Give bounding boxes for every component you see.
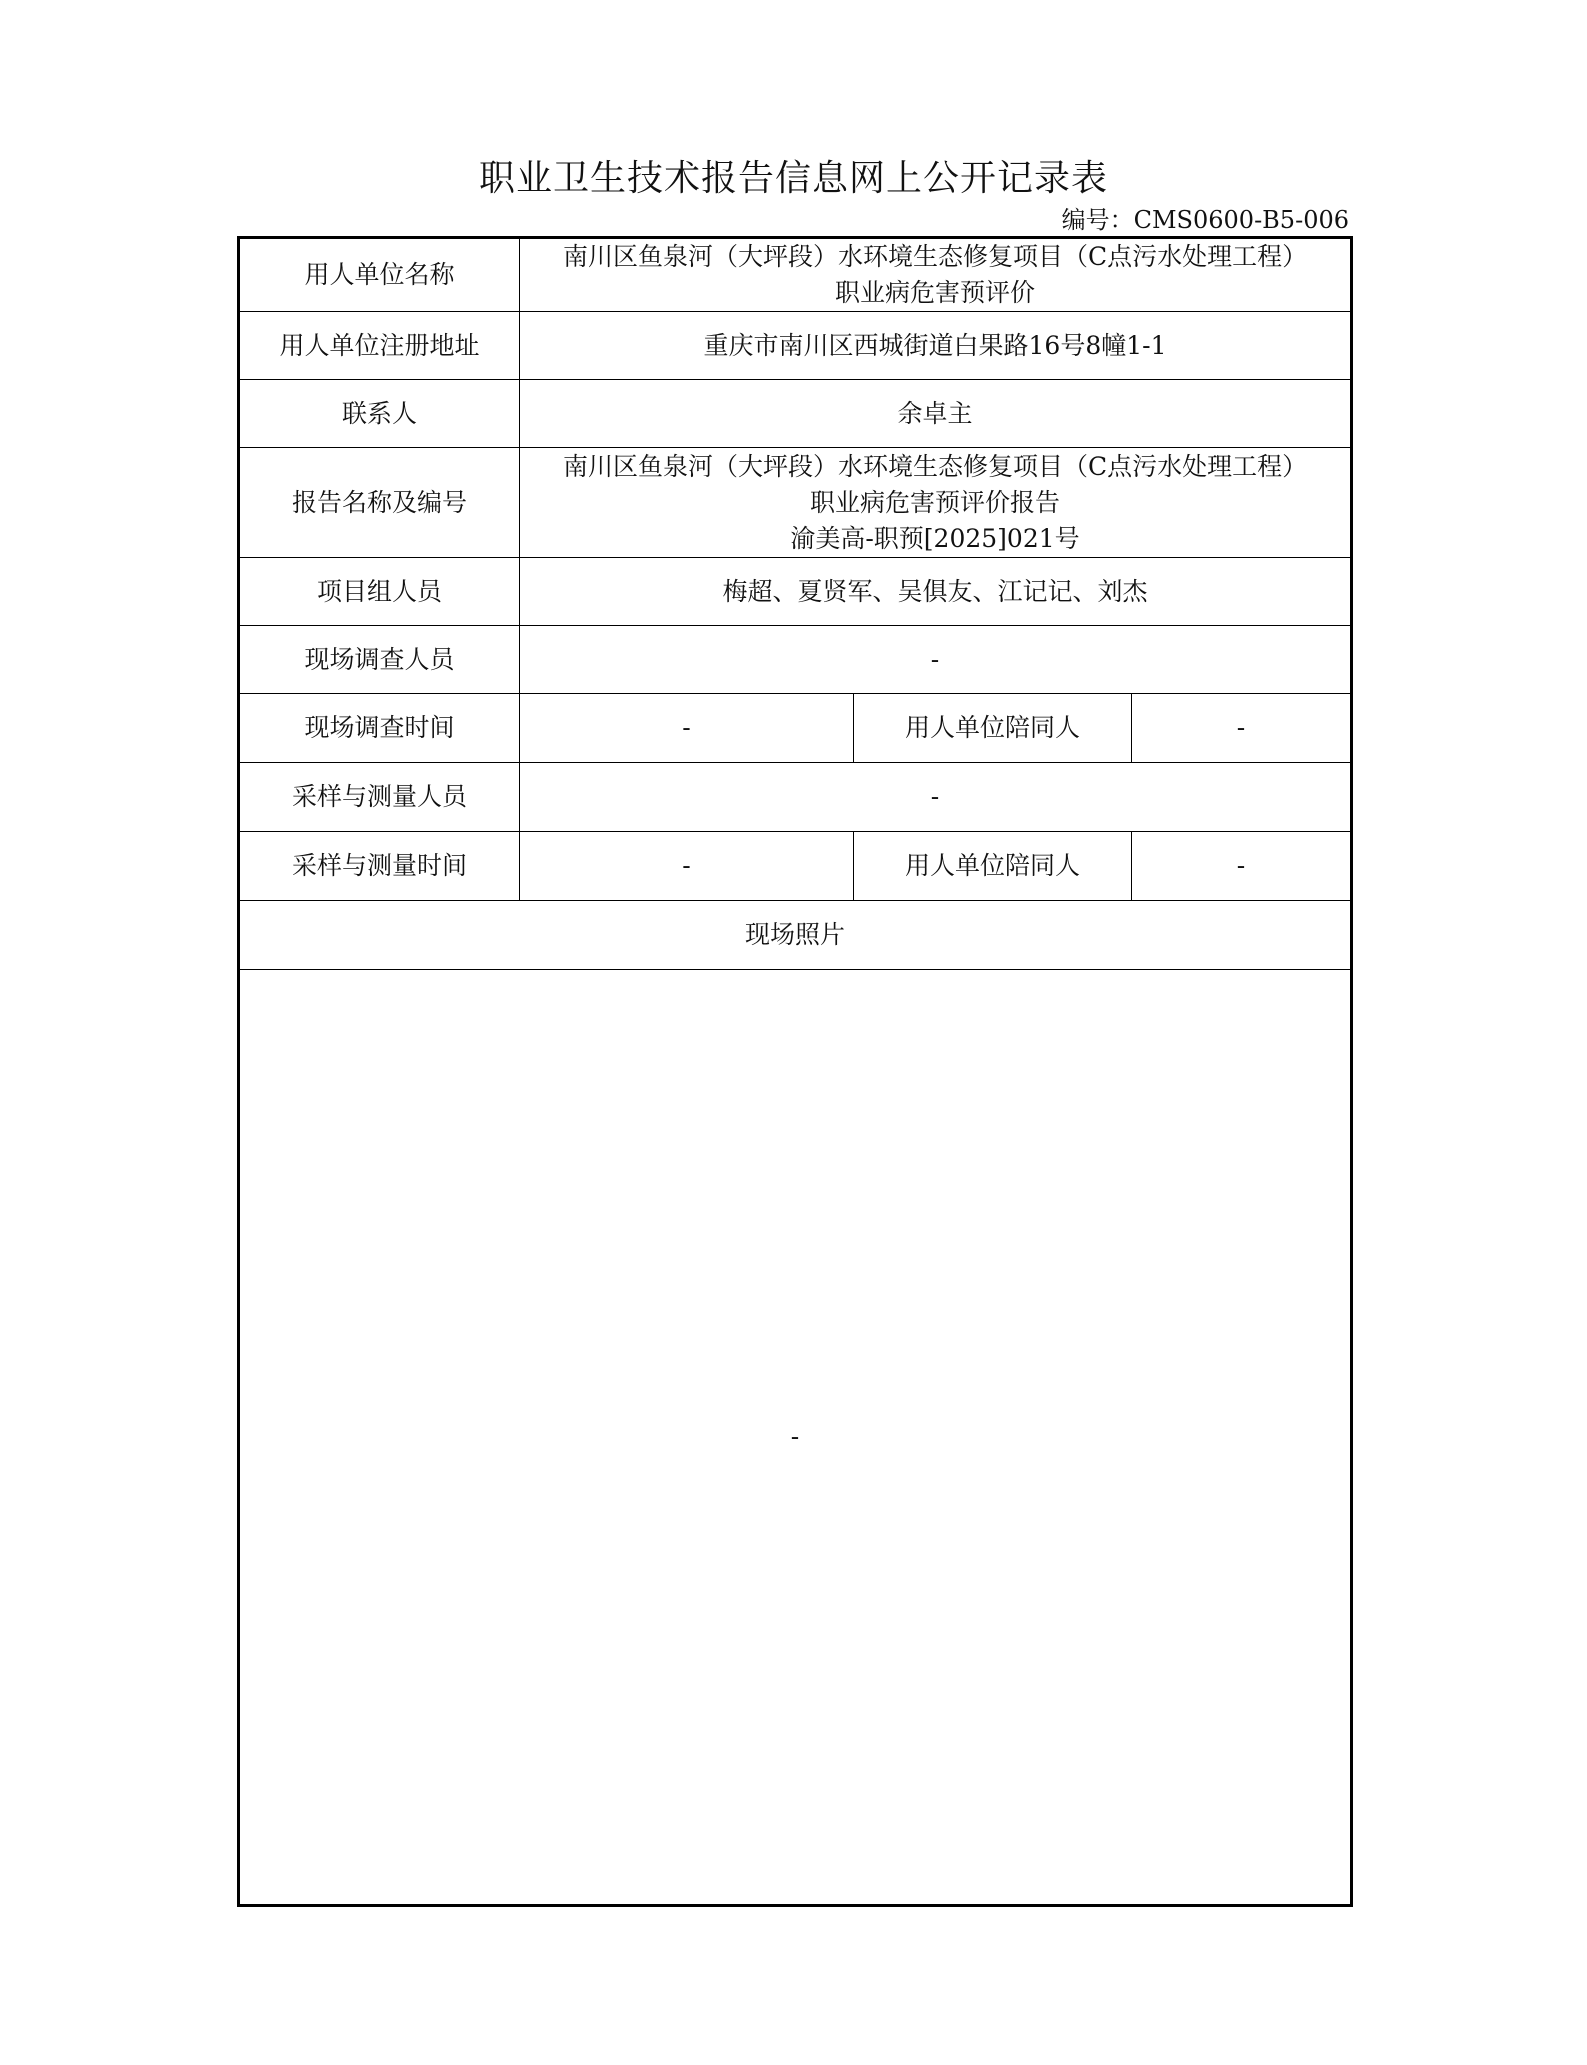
label-sampling-time: 采样与测量时间 xyxy=(239,832,520,901)
row-survey-staff: 现场调查人员 - xyxy=(239,626,1352,694)
value-employer-address: 重庆市南川区西城街道白果路16号8幢1-1 xyxy=(520,312,1352,380)
row-sampling-staff: 采样与测量人员 - xyxy=(239,763,1352,832)
label-survey-staff: 现场调查人员 xyxy=(239,626,520,694)
value-report: 南川区鱼泉河（大坪段）水环境生态修复项目（C点污水处理工程） 职业病危害预评价报… xyxy=(520,448,1352,558)
value-employer-name: 南川区鱼泉河（大坪段）水环境生态修复项目（C点污水处理工程） 职业病危害预评价 xyxy=(520,238,1352,312)
report-line2: 职业病危害预评价报告 xyxy=(524,485,1346,521)
document-code: 编号：CMS0600-B5-006 xyxy=(1062,200,1349,235)
value-sampling-companion: - xyxy=(1132,832,1352,901)
row-contact: 联系人 余卓主 xyxy=(239,380,1352,448)
employer-name-line2: 职业病危害预评价 xyxy=(524,275,1346,311)
label-project-team: 项目组人员 xyxy=(239,558,520,626)
value-sampling-staff: - xyxy=(520,763,1352,832)
value-photos: - xyxy=(239,970,1352,1906)
label-employer-address: 用人单位注册地址 xyxy=(239,312,520,380)
report-line3: 渝美高-职预[2025]021号 xyxy=(524,521,1346,557)
row-employer-address: 用人单位注册地址 重庆市南川区西城街道白果路16号8幢1-1 xyxy=(239,312,1352,380)
label-survey-companion: 用人单位陪同人 xyxy=(854,694,1132,763)
label-sampling-companion: 用人单位陪同人 xyxy=(854,832,1132,901)
label-survey-time: 现场调查时间 xyxy=(239,694,520,763)
report-line1: 南川区鱼泉河（大坪段）水环境生态修复项目（C点污水处理工程） xyxy=(524,449,1346,485)
label-employer-name: 用人单位名称 xyxy=(239,238,520,312)
label-sampling-staff: 采样与测量人员 xyxy=(239,763,520,832)
row-photos-header: 现场照片 xyxy=(239,901,1352,970)
row-sampling-time: 采样与测量时间 - 用人单位陪同人 - xyxy=(239,832,1352,901)
label-photos: 现场照片 xyxy=(239,901,1352,970)
label-contact: 联系人 xyxy=(239,380,520,448)
document-title: 职业卫生技术报告信息网上公开记录表 xyxy=(0,150,1587,201)
value-contact: 余卓主 xyxy=(520,380,1352,448)
row-photos-content: - xyxy=(239,970,1352,1906)
row-survey-time: 现场调查时间 - 用人单位陪同人 - xyxy=(239,694,1352,763)
value-project-team: 梅超、夏贤军、吴俱友、江记记、刘杰 xyxy=(520,558,1352,626)
value-survey-companion: - xyxy=(1132,694,1352,763)
row-employer-name: 用人单位名称 南川区鱼泉河（大坪段）水环境生态修复项目（C点污水处理工程） 职业… xyxy=(239,238,1352,312)
row-project-team: 项目组人员 梅超、夏贤军、吴俱友、江记记、刘杰 xyxy=(239,558,1352,626)
value-sampling-time: - xyxy=(520,832,854,901)
record-table: 用人单位名称 南川区鱼泉河（大坪段）水环境生态修复项目（C点污水处理工程） 职业… xyxy=(237,236,1353,1907)
row-report: 报告名称及编号 南川区鱼泉河（大坪段）水环境生态修复项目（C点污水处理工程） 职… xyxy=(239,448,1352,558)
value-survey-time: - xyxy=(520,694,854,763)
label-report: 报告名称及编号 xyxy=(239,448,520,558)
employer-name-line1: 南川区鱼泉河（大坪段）水环境生态修复项目（C点污水处理工程） xyxy=(524,239,1346,275)
value-survey-staff: - xyxy=(520,626,1352,694)
